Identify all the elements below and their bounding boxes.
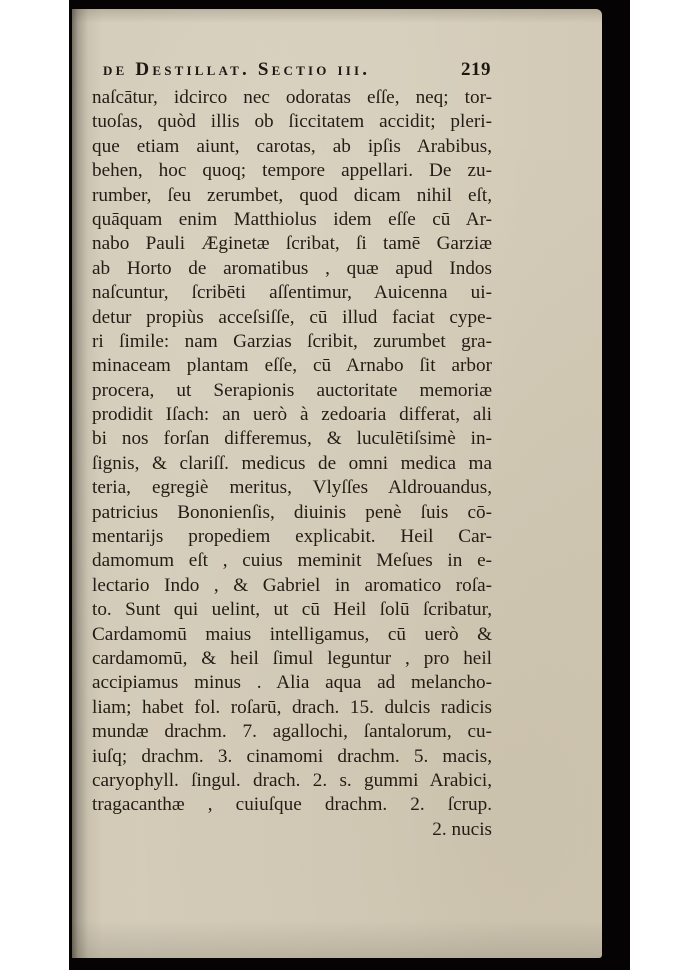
text-line: nabo Pauli Æginetæ ſcribat, ſi tamē Garz… <box>92 232 492 256</box>
text-line: procera, ut Serapionis auctoritate memor… <box>92 379 492 403</box>
text-line: que etiam aiunt, carotas, ab ipſis Arabi… <box>92 135 492 159</box>
text-line: ab Horto de aromatibus , quæ apud Indos <box>92 257 492 281</box>
text-line: lectario Indo , & Gabriel in aromatico r… <box>92 574 492 598</box>
catchword: 2. nucis <box>92 818 492 842</box>
text-line: damomum eſt , cuius meminit Meſues in e- <box>92 549 492 573</box>
page-number: 219 <box>461 59 491 81</box>
text-line: Cardamomū maius intelligamus, cū uerò & <box>92 623 492 647</box>
book-page: de Destillat. Sectio iii. 219 naſcātur, … <box>72 9 602 958</box>
text-line: quāquam enim Matthiolus idem eſſe cū Ar- <box>92 208 492 232</box>
text-line: tragacanthæ , cuiuſque drachm. 2. ſcrup. <box>92 793 492 817</box>
text-line: rumber, ſeu zerumbet, quod dicam nihil e… <box>92 184 492 208</box>
running-head: de Destillat. Sectio iii. <box>103 59 370 81</box>
text-line: naſcātur, idcirco nec odoratas eſſe, neq… <box>92 86 492 110</box>
page-header: de Destillat. Sectio iii. 219 <box>103 59 491 85</box>
text-line: bi nos forſan differemus, & luculētiſsim… <box>92 427 492 451</box>
text-line: teria, egregiè meritus, Vlyſſes Aldrouan… <box>92 476 492 500</box>
text-line: accipiamus minus . Alia aqua ad melancho… <box>92 671 492 695</box>
text-line: to. Sunt qui uelint, ut cū Heil ſolū ſcr… <box>92 598 492 622</box>
text-line: minaceam plantam eſſe, cū Arnabo ſit arb… <box>92 354 492 378</box>
text-line: mundæ drachm. 7. agallochi, ſantalorum, … <box>92 720 492 744</box>
body-text: naſcātur, idcirco nec odoratas eſſe, neq… <box>92 86 492 842</box>
text-line: mentarijs propediem explicabit. Heil Car… <box>92 525 492 549</box>
text-line: liam; habet fol. roſarū, drach. 15. dulc… <box>92 696 492 720</box>
scan-background: de Destillat. Sectio iii. 219 naſcātur, … <box>69 0 630 970</box>
text-line: iuſq; drachm. 3. cinamomi drachm. 5. mac… <box>92 745 492 769</box>
text-line: naſcuntur, ſcribēti aſſentimur, Auicenna… <box>92 281 492 305</box>
text-line: cardamomū, & heil ſimul leguntur , pro h… <box>92 647 492 671</box>
text-line: ri ſimile: nam Garzias ſcribit, zurumbet… <box>92 330 492 354</box>
text-line: patricius Bononienſis, diuinis penè ſuis… <box>92 501 492 525</box>
text-line: caryophyll. ſingul. drach. 2. s. gummi A… <box>92 769 492 793</box>
text-line: behen, hoc quoq; tempore appellari. De z… <box>92 159 492 183</box>
text-line: prodidit Iſach: an uerò à zedoaria diffe… <box>92 403 492 427</box>
text-line: tuoſas, quòd illis ob ſiccitatem accidit… <box>92 110 492 134</box>
text-line: detur propiùs acceſsiſſe, cū illud facia… <box>92 306 492 330</box>
text-line: ſignis, & clariſſ. medicus de omni medic… <box>92 452 492 476</box>
